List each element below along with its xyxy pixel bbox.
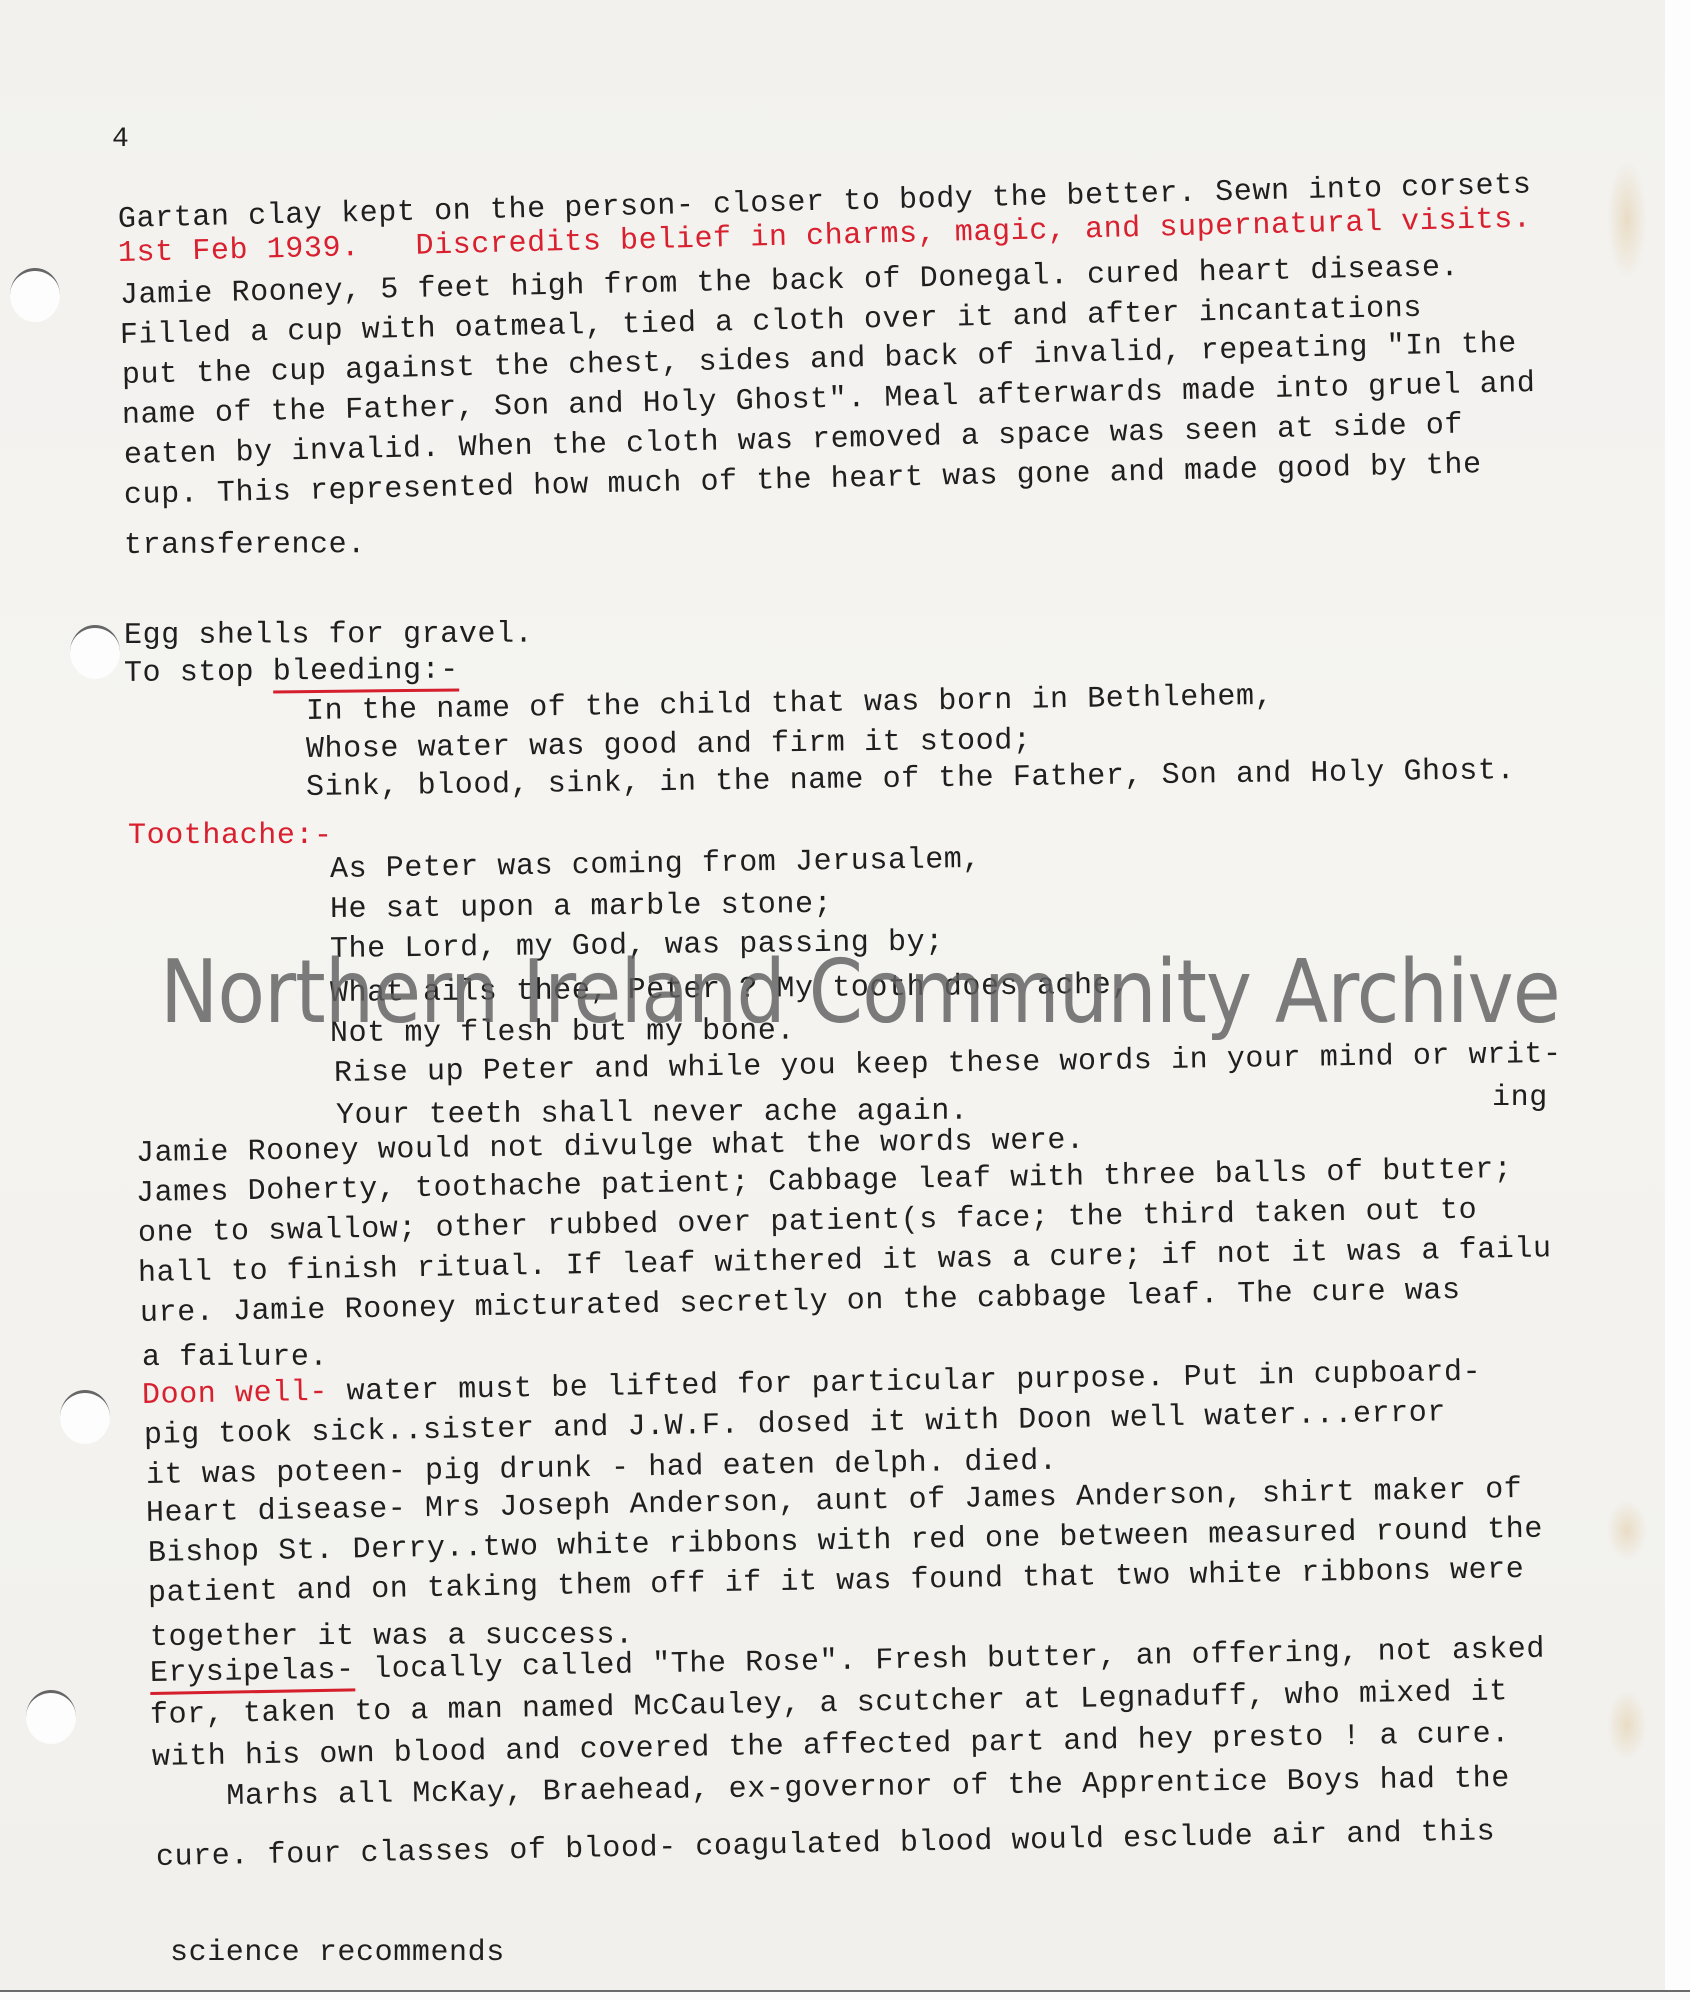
punch-hole xyxy=(70,625,120,679)
line-text: ing xyxy=(1492,1081,1548,1115)
line-text: Egg shells for gravel. xyxy=(124,618,533,653)
underlined-heading: bleeding:- xyxy=(273,653,459,693)
punch-hole xyxy=(10,268,60,322)
text-line: As Peter was coming from Jerusalem, xyxy=(330,842,982,888)
text-line: ing xyxy=(1492,1080,1548,1116)
red-heading: Doon well- xyxy=(142,1376,329,1413)
page-bottom-edge xyxy=(0,1990,1690,2000)
text-line: cure. four classes of blood- coagulated … xyxy=(156,1814,1496,1876)
underlined-heading: Erysipelas- xyxy=(150,1653,355,1695)
line-text: a failure. xyxy=(142,1341,328,1375)
line-text: transference. xyxy=(124,528,366,563)
text-line: Egg shells for gravel. xyxy=(124,617,533,654)
document-page: 4 Gartan clay kept on the person- closer… xyxy=(0,0,1665,1990)
watermark: Northern Ireland Community Archive xyxy=(160,943,1560,1044)
page-number: 4 xyxy=(112,124,129,155)
text-line: To stop bleeding:- xyxy=(124,652,459,692)
paper-stain xyxy=(1607,1690,1647,1760)
paper-stain xyxy=(1607,1500,1647,1560)
line-text: As Peter was coming from Jerusalem, xyxy=(330,843,982,887)
line-text: To stop xyxy=(124,655,273,691)
text-line: a failure. xyxy=(142,1340,328,1376)
line-text: He sat upon a marble stone; xyxy=(330,888,833,927)
punch-hole xyxy=(60,1390,110,1444)
text-line: He sat upon a marble stone; xyxy=(330,887,833,928)
text-line: Toothache:- xyxy=(128,818,333,854)
red-heading: Toothache:- xyxy=(128,819,333,853)
text-line: science recommends xyxy=(170,1935,505,1971)
text-line: transference. xyxy=(124,527,366,564)
scan-margin xyxy=(1665,0,1690,2000)
line-text: science recommends xyxy=(170,1936,505,1970)
line-text: cure. four classes of blood- coagulated … xyxy=(156,1815,1496,1875)
paper-stain xyxy=(1607,160,1647,280)
punch-hole xyxy=(26,1690,76,1744)
